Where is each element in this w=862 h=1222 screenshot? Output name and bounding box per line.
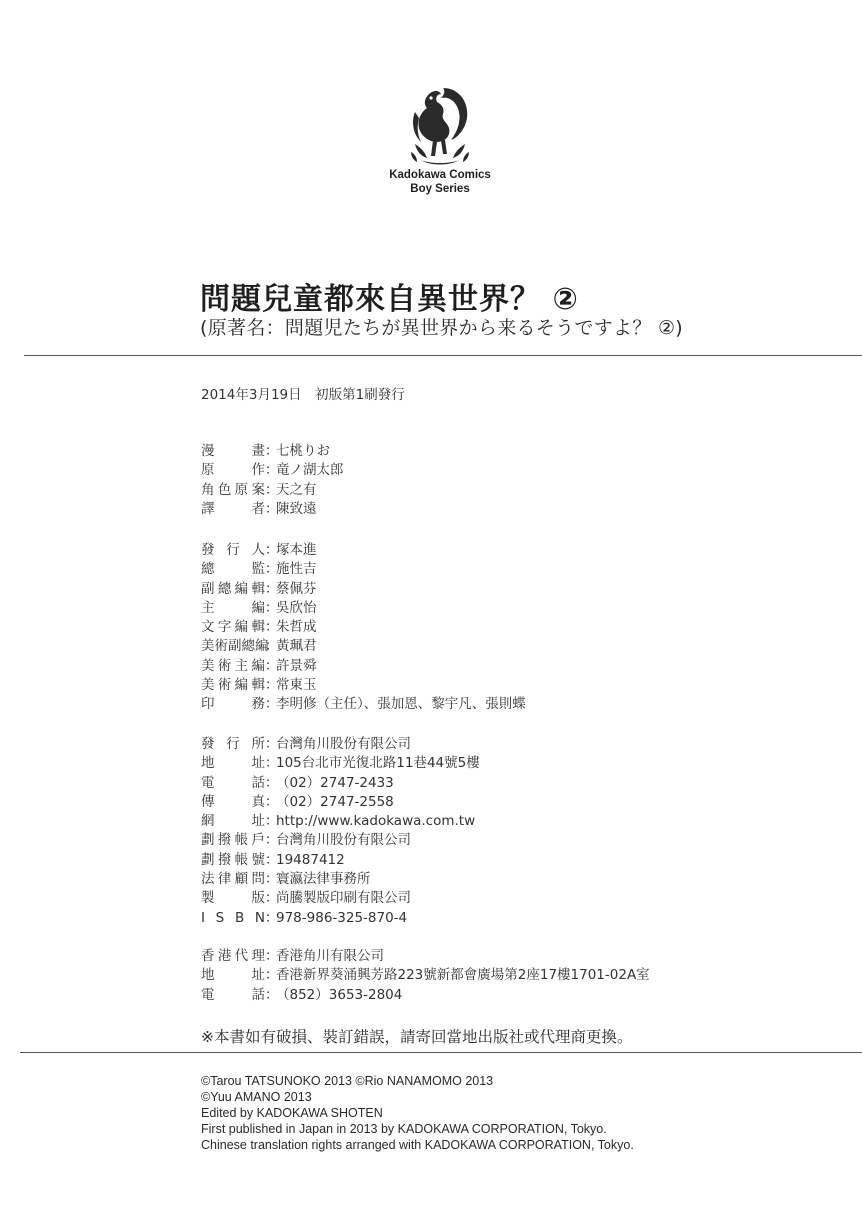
label-char: 傳	[201, 793, 215, 812]
info-value: 施性吉	[276, 560, 317, 579]
copyright-line: ©Yuu AMANO 2013	[201, 1089, 634, 1105]
info-value: 常東玉	[276, 676, 317, 695]
divider-top	[24, 355, 862, 356]
label-char: 戶	[251, 831, 265, 850]
separator: ：	[265, 947, 276, 966]
info-label: 製版	[201, 889, 265, 908]
label-char: 總	[201, 560, 215, 579]
info-row: 譯者：陳致遠	[201, 500, 344, 519]
info-label: 主編	[201, 599, 265, 618]
separator: ：	[265, 909, 276, 928]
label-char: 美	[201, 676, 215, 695]
label-char: B	[235, 909, 244, 928]
copyright-line: Chinese translation rights arranged with…	[201, 1137, 634, 1153]
label-char: 地	[201, 754, 215, 773]
label-char: 帳	[235, 831, 249, 850]
info-row: 漫畫：七桃りお	[201, 442, 344, 461]
label-char: S	[216, 909, 225, 928]
label-char: 角	[201, 481, 215, 500]
label-char: 畫	[252, 442, 266, 461]
label-char: 者	[252, 500, 266, 519]
label-char: 法	[201, 870, 215, 889]
label-char: 問	[251, 870, 265, 889]
info-label: 美術副總編	[201, 637, 265, 656]
copyright-line: Edited by KADOKAWA SHOTEN	[201, 1105, 634, 1121]
info-label: 香港代理	[201, 947, 265, 966]
info-row: 劃撥帳號：19487412	[201, 851, 480, 870]
separator: ：	[265, 637, 276, 656]
separator: ：	[265, 754, 276, 773]
label-char: 製	[201, 889, 215, 908]
phoenix-icon	[407, 82, 473, 168]
label-char: 版	[252, 889, 266, 908]
separator: ：	[265, 735, 276, 754]
separator: ：	[265, 541, 276, 560]
info-value: 七桃りお	[276, 442, 330, 461]
info-value: 尚騰製版印刷有限公司	[276, 889, 411, 908]
label-char: 址	[252, 812, 266, 831]
separator: ：	[265, 560, 276, 579]
info-row: 總監：施性吉	[201, 560, 526, 579]
label-char: 發	[201, 541, 215, 560]
info-row: 製版：尚騰製版印刷有限公司	[201, 889, 480, 908]
info-label: 發行人	[201, 541, 265, 560]
label-char: 網	[201, 812, 215, 831]
label-char: 印	[201, 695, 215, 714]
label-char: 撥	[218, 831, 232, 850]
label-char: 帳	[235, 851, 249, 870]
separator: ：	[265, 657, 276, 676]
info-value: 台灣角川股份有限公司	[276, 831, 411, 850]
label-char: 編	[235, 676, 249, 695]
label-char: 輯	[251, 580, 265, 599]
label-char: N	[255, 909, 265, 928]
separator: ：	[265, 889, 276, 908]
label-char: 輯	[251, 676, 265, 695]
publish-date: 2014年3月19日 初版第1刷發行	[201, 383, 405, 403]
info-row: 角色原案：天之有	[201, 481, 344, 500]
info-row: ISBN：978-986-325-870-4	[201, 909, 480, 928]
info-label: 電話	[201, 986, 265, 1005]
info-label: 文字編輯	[201, 618, 265, 637]
label-char: 副	[201, 580, 215, 599]
label-char: I	[201, 909, 205, 928]
separator: ：	[265, 986, 276, 1005]
info-label: 劃撥帳戶	[201, 831, 265, 850]
separator: ：	[265, 481, 276, 500]
label-char: 編	[251, 657, 265, 676]
info-row: 主編：吳欣怡	[201, 599, 526, 618]
info-value: 黃珮君	[276, 637, 317, 656]
label-char: 文	[201, 618, 215, 637]
label-char: 務	[252, 695, 266, 714]
info-value: 香港角川有限公司	[276, 947, 384, 966]
copyright-line: ©Tarou TATSUNOKO 2013 ©Rio NANAMOMO 2013	[201, 1073, 634, 1089]
label-char: 話	[252, 986, 266, 1005]
info-value: 105台北市光復北路11巷44號5樓	[276, 754, 480, 773]
info-row: 美術編輯：常東玉	[201, 676, 526, 695]
label-char: 所	[252, 735, 266, 754]
info-row: 印務：李明修（主任）、張加恩、黎宇凡、張則蝶	[201, 695, 526, 714]
info-value: 19487412	[276, 851, 345, 870]
label-char: 編	[235, 580, 249, 599]
label-char: 作	[252, 461, 266, 480]
separator: ：	[265, 831, 276, 850]
separator: ：	[265, 966, 276, 985]
label-char: 原	[235, 481, 249, 500]
label-char: 總	[218, 580, 232, 599]
info-label: 傳真	[201, 793, 265, 812]
separator: ：	[265, 461, 276, 480]
staff-list: 發行人：塚本進總監：施性吉副總編輯：蔡佩芬主編：吳欣怡文字編輯：朱哲成美術副總編…	[201, 541, 526, 715]
label-char: 色	[218, 481, 232, 500]
info-row: 電話：（852）3653-2804	[201, 986, 650, 1005]
label-char: 術	[215, 637, 229, 656]
logo-line-1: Kadokawa Comics	[380, 168, 500, 182]
info-value: （02）2747-2433	[276, 774, 394, 793]
info-value: 竜ノ湖太郎	[276, 461, 344, 480]
info-label: 美術編輯	[201, 676, 265, 695]
label-char: 港	[218, 947, 232, 966]
separator: ：	[265, 774, 276, 793]
label-char: 原	[201, 461, 215, 480]
info-row: 發行所：台灣角川股份有限公司	[201, 735, 480, 754]
info-label: 發行所	[201, 735, 265, 754]
info-label: 副總編輯	[201, 580, 265, 599]
label-char: 人	[252, 541, 266, 560]
label-char: 電	[201, 774, 215, 793]
separator: ：	[265, 618, 276, 637]
info-value: （852）3653-2804	[276, 986, 402, 1005]
info-label: 原作	[201, 461, 265, 480]
info-label: 劃撥帳號	[201, 851, 265, 870]
info-row: 發行人：塚本進	[201, 541, 526, 560]
label-char: 香	[201, 947, 215, 966]
label-char: 址	[252, 966, 266, 985]
info-value: 蔡佩芬	[276, 580, 317, 599]
label-char: 字	[218, 618, 232, 637]
info-value: 朱哲成	[276, 618, 317, 637]
label-char: 編	[235, 618, 249, 637]
info-label: 網址	[201, 812, 265, 831]
info-row: 地址：香港新界葵涌興芳路223號新都會廣場第2座17樓1701-02A室	[201, 966, 650, 985]
info-row: 香港代理：香港角川有限公司	[201, 947, 650, 966]
original-title: (原著名：問題児たちが異世界から来るそうですよ？ ②)	[200, 313, 683, 340]
damage-notice: ※本書如有破損、裝訂錯誤，請寄回當地出版社或代理商更換。	[201, 1025, 633, 1047]
publisher-logo: Kadokawa Comics Boy Series	[380, 82, 500, 196]
separator: ：	[265, 695, 276, 714]
info-label: 漫畫	[201, 442, 265, 461]
info-label: 總監	[201, 560, 265, 579]
info-value: 台灣角川股份有限公司	[276, 735, 411, 754]
info-row: 劃撥帳戶：台灣角川股份有限公司	[201, 831, 480, 850]
label-char: 劃	[201, 831, 215, 850]
label-char: 編	[252, 599, 266, 618]
label-char: 主	[235, 657, 249, 676]
info-row: 美術主編：許景舜	[201, 657, 526, 676]
label-char: 主	[201, 599, 215, 618]
label-char: 顧	[235, 870, 249, 889]
label-char: 監	[252, 560, 266, 579]
label-char: 律	[218, 870, 232, 889]
info-value: 香港新界葵涌興芳路223號新都會廣場第2座17樓1701-02A室	[276, 966, 650, 985]
info-value: 吳欣怡	[276, 599, 317, 618]
label-char: 美	[201, 637, 215, 656]
separator: ：	[265, 812, 276, 831]
label-char: 總	[242, 637, 256, 656]
info-label: 美術主編	[201, 657, 265, 676]
info-row: 電話：（02）2747-2433	[201, 774, 480, 793]
info-row: 網址：http://www.kadokawa.com.tw	[201, 812, 480, 831]
separator: ：	[265, 442, 276, 461]
info-label: 法律顧問	[201, 870, 265, 889]
info-value: 陳致遠	[276, 500, 317, 519]
info-value: （02）2747-2558	[276, 793, 394, 812]
label-char: 電	[201, 986, 215, 1005]
publisher-info-list: 發行所：台灣角川股份有限公司地址：105台北市光復北路11巷44號5樓電話：（0…	[201, 735, 480, 928]
label-char: 副	[228, 637, 242, 656]
label-char: 話	[252, 774, 266, 793]
info-row: 傳真：（02）2747-2558	[201, 793, 480, 812]
label-char: 發	[201, 735, 215, 754]
info-value: 寰瀛法律事務所	[276, 870, 371, 889]
info-row: 美術副總編：黃珮君	[201, 637, 526, 656]
label-char: 術	[218, 657, 232, 676]
credits-list: 漫畫：七桃りお原作：竜ノ湖太郎角色原案：天之有譯者：陳致遠	[201, 442, 344, 519]
info-row: 地址：105台北市光復北路11巷44號5樓	[201, 754, 480, 773]
logo-line-2: Boy Series	[380, 182, 500, 196]
label-char: 譯	[201, 500, 215, 519]
info-label: 地址	[201, 966, 265, 985]
separator: ：	[265, 851, 276, 870]
label-char: 行	[226, 735, 240, 754]
info-value: 李明修（主任）、張加恩、黎宇凡、張則蝶	[276, 695, 526, 714]
label-char: 輯	[251, 618, 265, 637]
info-label: 譯者	[201, 500, 265, 519]
label-char: 漫	[201, 442, 215, 461]
info-label: 地址	[201, 754, 265, 773]
label-char: 行	[226, 541, 240, 560]
separator: ：	[265, 500, 276, 519]
label-char: 址	[252, 754, 266, 773]
info-label: 印務	[201, 695, 265, 714]
separator: ：	[265, 580, 276, 599]
separator: ：	[265, 599, 276, 618]
info-label: 電話	[201, 774, 265, 793]
info-value: 天之有	[276, 481, 317, 500]
separator: ：	[265, 870, 276, 889]
info-value: http://www.kadokawa.com.tw	[276, 812, 475, 831]
divider-bottom	[20, 1052, 862, 1053]
label-char: 劃	[201, 851, 215, 870]
label-char: 術	[218, 676, 232, 695]
label-char: 美	[201, 657, 215, 676]
label-char: 號	[251, 851, 265, 870]
info-row: 文字編輯：朱哲成	[201, 618, 526, 637]
label-char: 案	[251, 481, 265, 500]
info-value: 塚本進	[276, 541, 317, 560]
label-char: 撥	[218, 851, 232, 870]
info-label: ISBN	[201, 909, 265, 928]
hongkong-agent-list: 香港代理：香港角川有限公司地址：香港新界葵涌興芳路223號新都會廣場第2座17樓…	[201, 947, 650, 1005]
label-char: 地	[201, 966, 215, 985]
info-row: 原作：竜ノ湖太郎	[201, 461, 344, 480]
info-value: 978-986-325-870-4	[276, 909, 407, 928]
info-value: 許景舜	[276, 657, 317, 676]
label-char: 代	[235, 947, 249, 966]
book-title: 問題兒童都來自異世界？ ②	[200, 274, 579, 318]
copyright-line: First published in Japan in 2013 by KADO…	[201, 1121, 634, 1137]
info-row: 副總編輯：蔡佩芬	[201, 580, 526, 599]
separator: ：	[265, 793, 276, 812]
copyright-block: ©Tarou TATSUNOKO 2013 ©Rio NANAMOMO 2013…	[201, 1073, 634, 1153]
label-char: 理	[251, 947, 265, 966]
label-char: 真	[252, 793, 266, 812]
separator: ：	[265, 676, 276, 695]
info-row: 法律顧問：寰瀛法律事務所	[201, 870, 480, 889]
info-label: 角色原案	[201, 481, 265, 500]
